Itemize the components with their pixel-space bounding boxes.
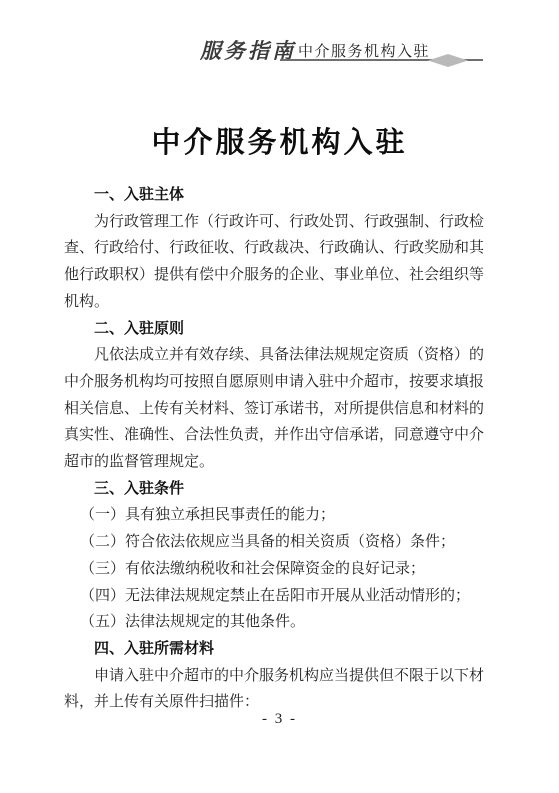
page-number: - 3 - xyxy=(262,711,297,727)
section-heading: 一、入驻主体 xyxy=(64,182,484,209)
header-section-label: 中介服务机构入驻 xyxy=(298,40,430,61)
diamond-icon xyxy=(428,54,468,67)
document-page: 服务指南 中介服务机构入驻 中介服务机构入驻 一、入驻主体 为行政管理工作（行政… xyxy=(0,0,559,793)
page-footer: - 3 - xyxy=(0,711,559,728)
section-heading: 四、入驻所需材料 xyxy=(64,636,484,663)
section-content: （一）具有独立承担民事责任的能力；（二）符合依法依规应当具备的相关资质（资格）条… xyxy=(64,502,484,636)
section-content: 凡依法成立并有效存续、具备法律法规规定资质（资格）的中介服务机构均可按照自愿原则… xyxy=(64,342,484,476)
document-section: 四、入驻所需材料 申请入驻中介超市的中介服务机构应当提供但不限于以下材料，并上传… xyxy=(64,636,484,716)
document-section: 二、入驻原则 凡依法成立并有效存续、具备法律法规规定资质（资格）的中介服务机构均… xyxy=(64,316,484,476)
paragraph: 为行政管理工作（行政许可、行政处罚、行政强制、行政检查、行政给付、行政征收、行政… xyxy=(64,209,484,316)
section-heading: 三、入驻条件 xyxy=(64,476,484,503)
list-item: （四）无法律法规规定禁止在岳阳市开展从业活动情形的； xyxy=(64,583,484,610)
list-item: （五）法律法规规定的其他条件。 xyxy=(64,609,484,636)
section-heading: 二、入驻原则 xyxy=(64,316,484,343)
document-section: 三、入驻条件 （一）具有独立承担民事责任的能力；（二）符合依法依规应当具备的相关… xyxy=(64,476,484,636)
list-item: （二）符合依法依规应当具备的相关资质（资格）条件； xyxy=(64,529,484,556)
paragraph: 申请入驻中介超市的中介服务机构应当提供但不限于以下材料，并上传有关原件扫描件： xyxy=(64,663,484,716)
document-section: 一、入驻主体 为行政管理工作（行政许可、行政处罚、行政强制、行政检查、行政给付、… xyxy=(64,182,484,316)
document-body: 一、入驻主体 为行政管理工作（行政许可、行政处罚、行政强制、行政检查、行政给付、… xyxy=(64,182,484,716)
page-title: 中介服务机构入驻 xyxy=(0,120,559,161)
paragraph: 凡依法成立并有效存续、具备法律法规规定资质（资格）的中介服务机构均可按照自愿原则… xyxy=(64,342,484,476)
list-item: （一）具有独立承担民事责任的能力； xyxy=(64,502,484,529)
section-content: 申请入驻中介超市的中介服务机构应当提供但不限于以下材料，并上传有关原件扫描件： xyxy=(64,663,484,716)
list-item: （三）有依法缴纳税收和社会保障资金的良好记录； xyxy=(64,556,484,583)
section-content: 为行政管理工作（行政许可、行政处罚、行政强制、行政检查、行政给付、行政征收、行政… xyxy=(64,209,484,316)
